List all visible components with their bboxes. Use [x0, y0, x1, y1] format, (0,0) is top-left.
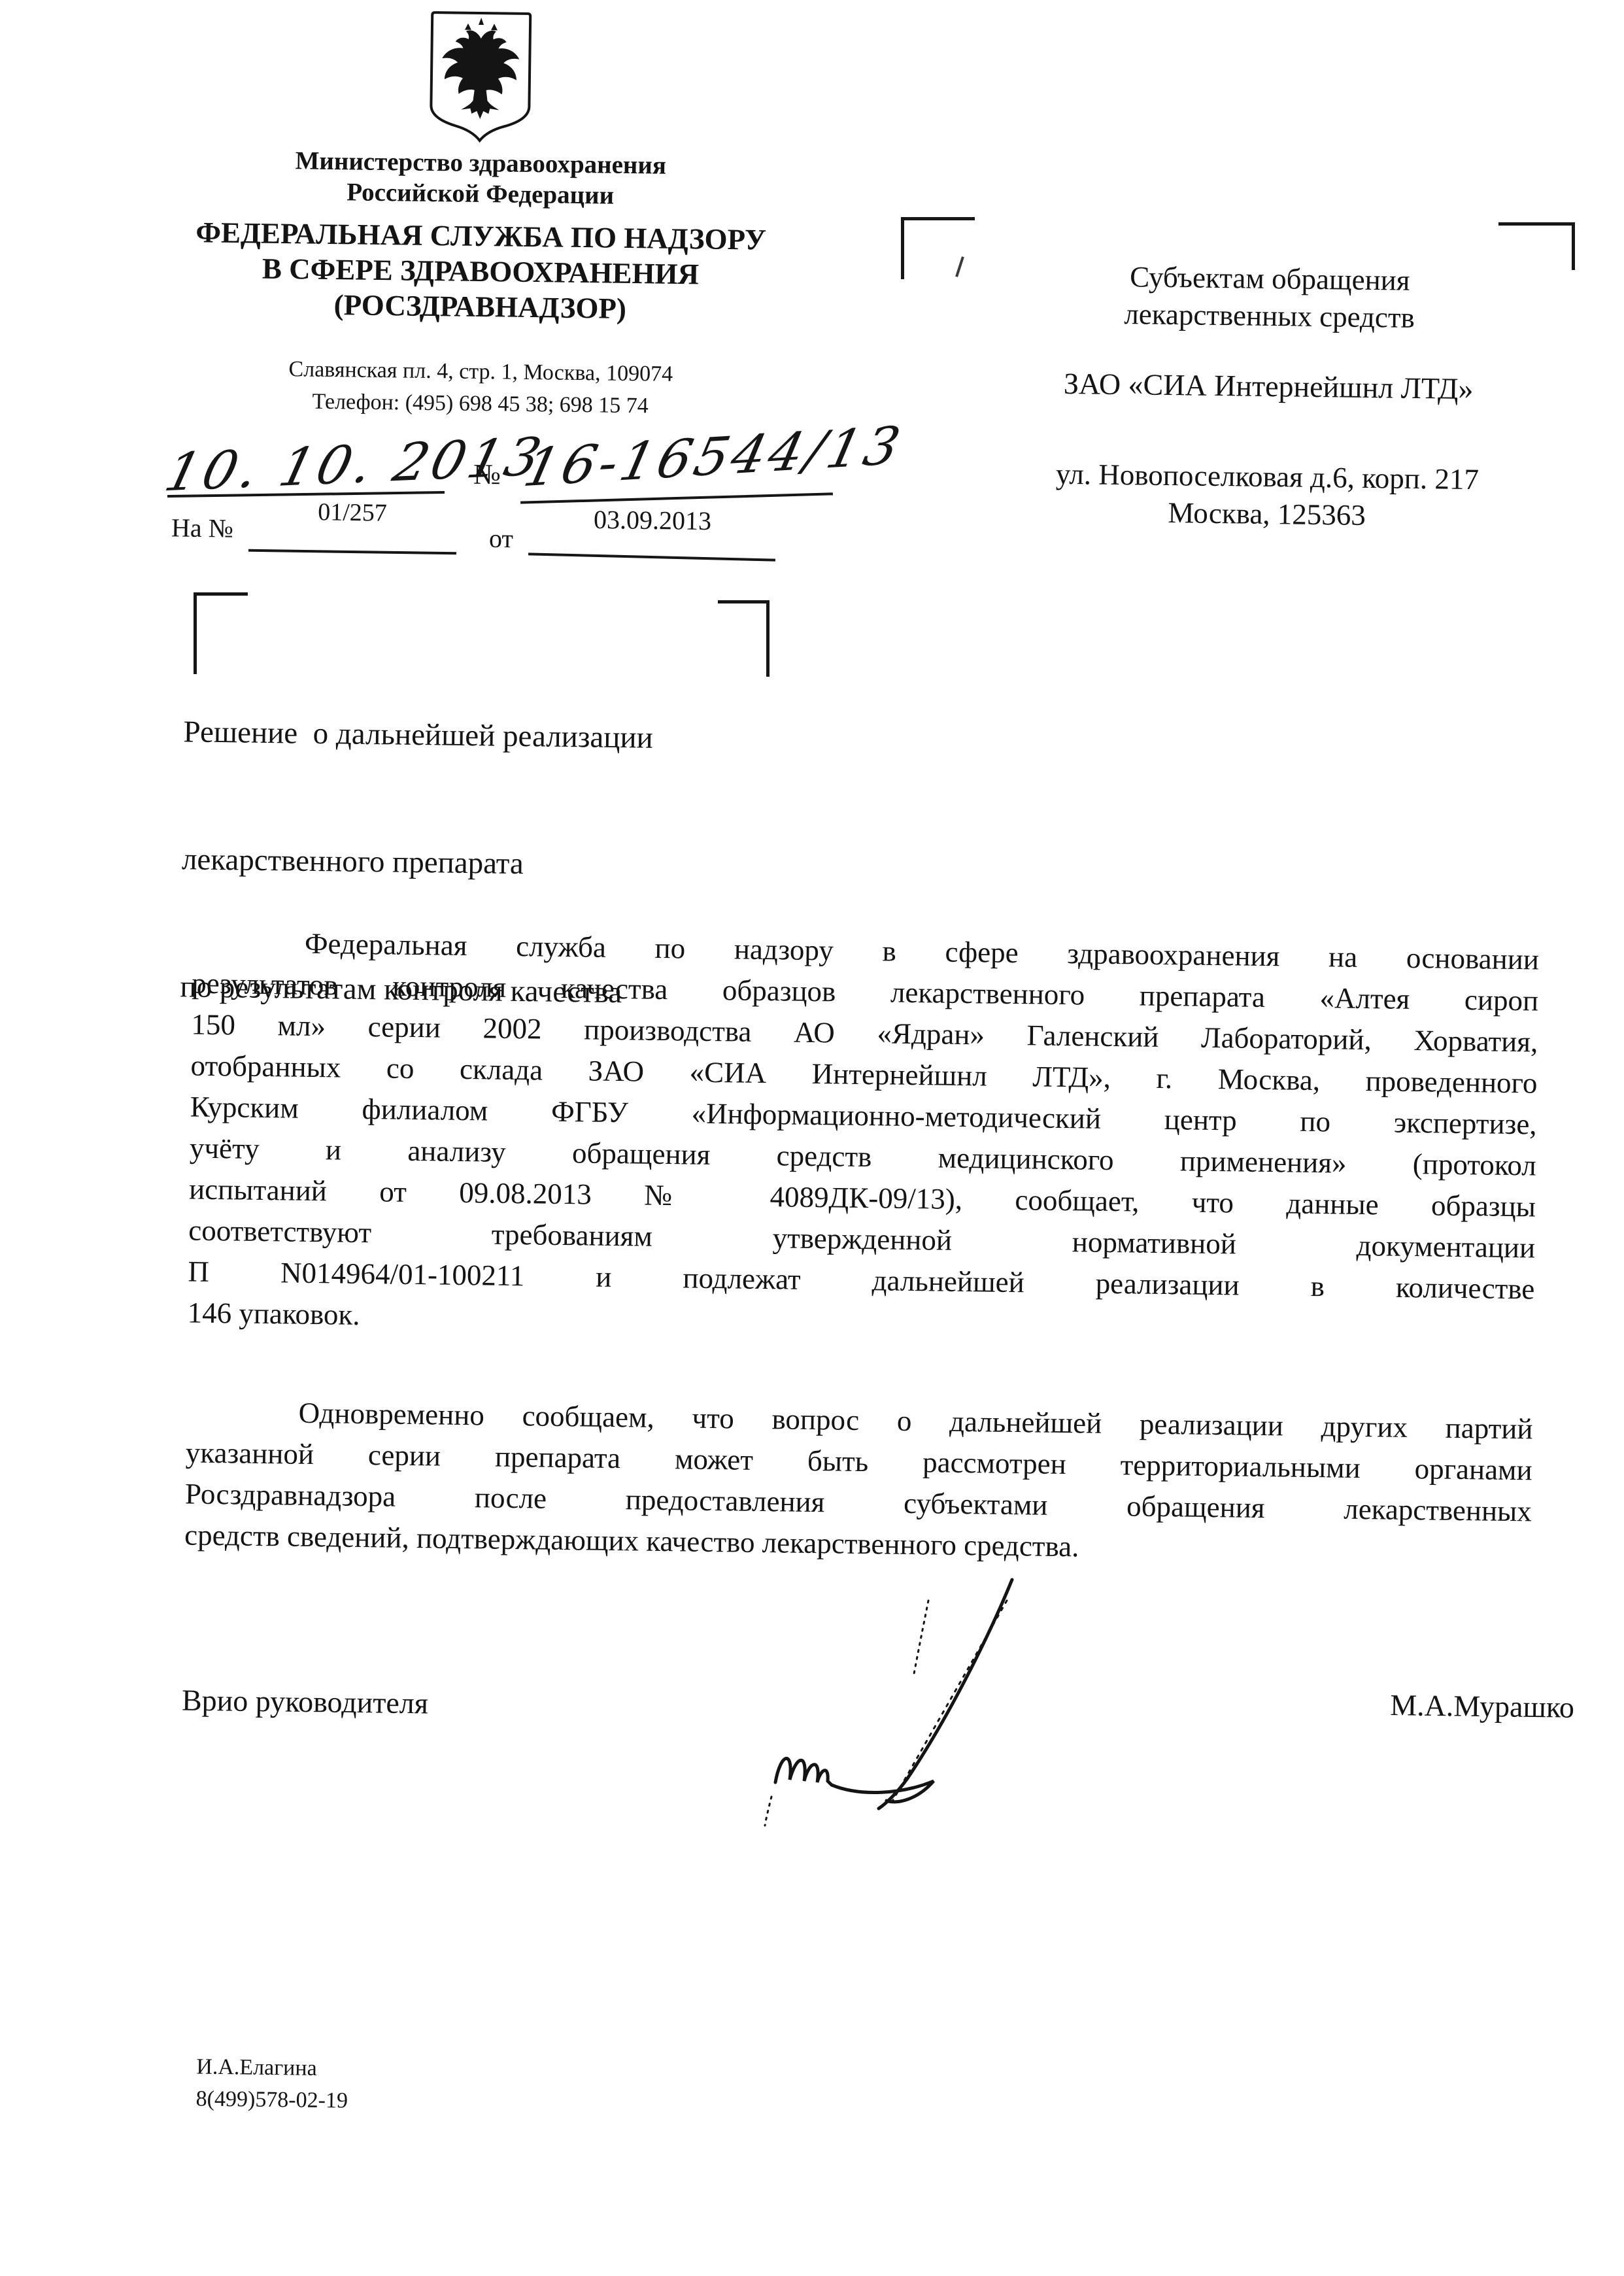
signature-scribble-icon — [732, 1574, 1085, 1836]
recipient-block: Субъектам обращения лекарственных средст… — [972, 256, 1564, 537]
ministry-name: Министерство здравоохранения Российской … — [150, 143, 811, 213]
from-label: от — [489, 523, 514, 554]
number-sign: № — [473, 458, 501, 492]
reply-to-number: 01/257 — [252, 497, 453, 528]
corner-mark-bottom-right — [718, 600, 770, 677]
executor-name: И.А.Елагина — [196, 2050, 348, 2084]
coat-of-arms-icon — [424, 8, 537, 144]
reply-to-date: 03.09.2013 — [535, 503, 771, 537]
recipient-address-line: ул. Новопоселковая д.6, корп. 217 — [973, 454, 1562, 500]
outgoing-number-handwritten: 16-16544/13 — [518, 415, 909, 498]
reply-number-underline — [248, 549, 456, 554]
letterhead-contacts: Славянская пл. 4, стр. 1, Москва, 109074… — [150, 351, 811, 424]
signer-name: М.А.Мурашко — [1300, 1686, 1575, 1724]
executor-phone: 8(499)578-02-19 — [195, 2082, 348, 2116]
scanned-letter-page: Министерство здравоохранения Российской … — [0, 0, 1624, 2276]
service-name: ФЕДЕРАЛЬНАЯ СЛУЖБА ПО НАДЗОРУ В СФЕРЕ ЗД… — [124, 214, 837, 329]
subject-line: лекарственного препарата — [182, 838, 652, 887]
letter-body: Федеральная служба по надзору в сфере зд… — [184, 925, 1540, 1577]
executor-block: И.А.Елагина 8(499)578-02-19 — [195, 2050, 348, 2116]
subject-line: Решение о дальнейшей реализации — [183, 711, 653, 759]
reply-date-underline — [528, 552, 775, 561]
signer-position: Врио руководителя — [182, 1683, 429, 1721]
recipient-company: ЗАО «СИА Интернейшнл ЛТД» — [974, 364, 1563, 409]
reply-to-label: На № — [171, 512, 233, 543]
recipient-address-line: Москва, 125363 — [972, 492, 1561, 537]
recipient-line: лекарственных средств — [975, 294, 1564, 339]
corner-mark-top-left — [901, 217, 975, 279]
